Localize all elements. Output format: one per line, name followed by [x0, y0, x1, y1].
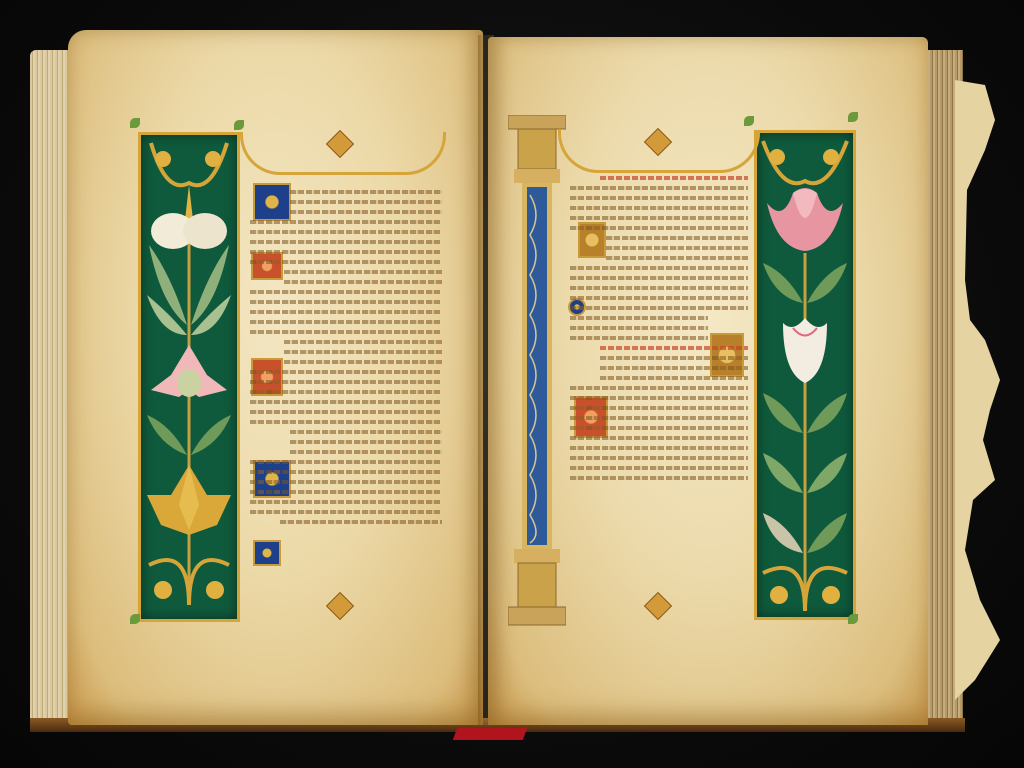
leaf-ornament — [744, 116, 754, 126]
leaf-ornament — [848, 112, 858, 122]
leaf-ornament — [130, 118, 140, 128]
leaf-ornament — [848, 614, 858, 624]
red-ribbon-bookmark — [453, 728, 527, 740]
left-page-text-block — [250, 190, 442, 560]
left-floral-border-panel — [138, 132, 240, 622]
leaf-ornament — [130, 614, 140, 624]
left-page-edges — [30, 50, 72, 730]
torn-parchment-edge — [955, 80, 1010, 700]
floral-illumination-icon — [141, 135, 237, 619]
right-floral-border-panel — [754, 130, 856, 620]
gilded-column-ornament — [508, 115, 566, 627]
open-book — [0, 0, 1024, 768]
leaf-ornament — [234, 120, 244, 130]
right-page-text-block — [570, 176, 748, 566]
tulip-illumination-icon — [757, 133, 853, 617]
